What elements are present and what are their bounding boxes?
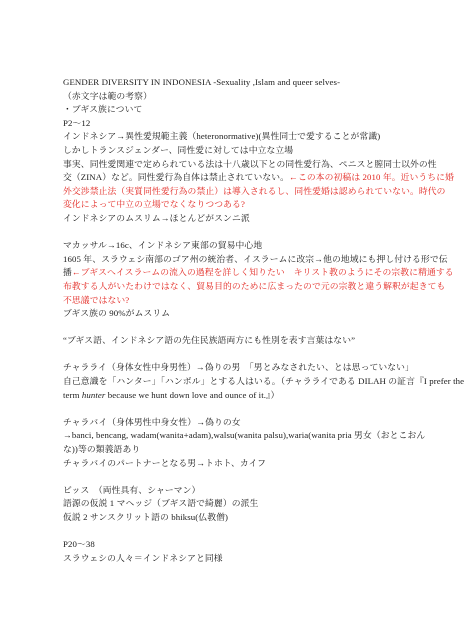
text-segment: チャラバイ（身体男性中身女性）→偽りの女 [63, 417, 241, 427]
text-segment: チャラライ（身体女性中身男性）→偽りの男 「男とみなされたい、とは思っていない」 [63, 362, 414, 372]
text-line: ブギス族の 90%がムスリム [63, 307, 426, 321]
text-line [63, 348, 426, 362]
text-segment: インドネシアのムスリム→ほとんどがスンニ派 [63, 213, 250, 223]
text-line: P20～38 [63, 538, 426, 552]
text-segment: because we hunt down love and ounce of i… [105, 390, 279, 400]
text-segment: 自己意識を「ハンター」「ハンボル」とする人はいる。（チャラライである DILAH… [63, 376, 464, 386]
text-segment: ←ブギスへイスラームの流入の過程を詳しく知りたい キリスト教のようにその宗教に精… [72, 267, 454, 277]
text-segment: 事実、同性愛関連で定められている法は十八歳以下との同性愛行為、ペニスと膣同士以外… [63, 159, 437, 169]
document-text-block: GENDER DIVERSITY IN INDONESIA -Sexuality… [63, 76, 426, 565]
text-line: term hunter because we hunt down love an… [63, 389, 426, 403]
text-segment: “ブギス語、インドネシア語の先住民族語両方にも性別を表す言葉はない” [63, 335, 355, 345]
text-line: P2～12 [63, 117, 426, 131]
text-segment: 交（ZINA）など。同性愛行為自体は禁止されていない。 [63, 172, 289, 182]
text-line: ・ブギス族について [63, 103, 426, 117]
text-line [63, 226, 426, 240]
text-segment: term [63, 390, 82, 400]
text-line [63, 525, 426, 539]
text-line [63, 402, 426, 416]
text-segment: P2～12 [63, 118, 90, 128]
text-segment: な))等の類義語あり [63, 444, 140, 454]
document-page: GENDER DIVERSITY IN INDONESIA -Sexuality… [0, 0, 474, 632]
text-segment: インドネシア→異性愛規範主義（heteronormative)(異性同士で愛する… [63, 131, 380, 141]
text-line: （赤文字は範の考察） [63, 90, 426, 104]
text-line: “ブギス語、インドネシア語の先住民族語両方にも性別を表す言葉はない” [63, 334, 426, 348]
text-segment: P20～38 [63, 539, 95, 549]
text-segment: ←この本の初稿は 2010 年。近いうちに婚 [289, 172, 454, 182]
text-segment: hunter [82, 390, 106, 400]
text-segment: 布教する人がいたわけではなく、貿易目的のために広まったので元の宗教と違う解釈が起… [63, 281, 445, 291]
text-segment: 不思議ではない? [63, 295, 129, 305]
text-segment: 語源の仮説 1 マヘッジ（ブギス語で綺麗）の派生 [63, 498, 258, 508]
text-line [63, 321, 426, 335]
text-line: 外交渉禁止法（実質同性愛行為の禁止）は導入されるし、同性愛婚は認められていない。… [63, 185, 426, 199]
text-line: 自己意識を「ハンター」「ハンボル」とする人はいる。（チャラライである DILAH… [63, 375, 426, 389]
text-segment: チャラバイのパートナーとなる男→トホト、カイフ [63, 458, 266, 468]
text-line: 播←ブギスへイスラームの流入の過程を詳しく知りたい キリスト教のようにその宗教に… [63, 266, 426, 280]
text-segment: GENDER DIVERSITY IN INDONESIA -Sexuality… [63, 77, 340, 87]
text-segment: 外交渉禁止法（実質同性愛行為の禁止）は導入されるし、同性愛婚は認められていない。… [63, 186, 446, 196]
text-segment: 播 [63, 267, 72, 277]
text-segment: 1605 年、スラウェシ南部のゴア州の統治者、イスラームに改宗→他の地域にも押し… [63, 254, 448, 264]
text-line: チャラバイのパートナーとなる男→トホト、カイフ [63, 457, 426, 471]
text-line: 事実、同性愛関連で定められている法は十八歳以下との同性愛行為、ペニスと膣同士以外… [63, 158, 426, 172]
text-segment: しかしトランスジェンダー、同性愛に対しては中立な立場 [63, 145, 293, 155]
text-line: チャラライ（身体女性中身男性）→偽りの男 「男とみなされたい、とは思っていない」 [63, 361, 426, 375]
text-line: マカッサル→16c、インドネシア東部の貿易中心地 [63, 239, 426, 253]
text-line: 仮説 2 サンスクリット語の bhiksu(仏教僧) [63, 511, 426, 525]
text-segment: ・ブギス族について [63, 104, 142, 114]
text-line: 交（ZINA）など。同性愛行為自体は禁止されていない。←この本の初稿は 2010… [63, 171, 426, 185]
text-line: スラウェシの人々＝インドネシアと同様 [63, 552, 426, 566]
text-line: 語源の仮説 1 マヘッジ（ブギス語で綺麗）の派生 [63, 497, 426, 511]
text-line: 布教する人がいたわけではなく、貿易目的のために広まったので元の宗教と違う解釈が起… [63, 280, 426, 294]
text-line: ビッス （両性具有、シャーマン） [63, 484, 426, 498]
text-line: しかしトランスジェンダー、同性愛に対しては中立な立場 [63, 144, 426, 158]
text-segment: ビッス （両性具有、シャーマン） [63, 485, 200, 495]
text-line: 不思議ではない? [63, 294, 426, 308]
text-line: →banci, bencang, wadam(wanita+adam),wals… [63, 429, 426, 443]
text-segment: →banci, bencang, wadam(wanita+adam),wals… [63, 430, 425, 440]
text-line [63, 470, 426, 484]
document-title-line: GENDER DIVERSITY IN INDONESIA -Sexuality… [63, 76, 426, 90]
text-segment: ブギス族の 90%がムスリム [63, 308, 170, 318]
text-segment: スラウェシの人々＝インドネシアと同様 [63, 553, 223, 563]
text-segment: マカッサル→16c、インドネシア東部の貿易中心地 [63, 240, 262, 250]
text-line: インドネシアのムスリム→ほとんどがスンニ派 [63, 212, 426, 226]
text-segment: （赤文字は範の考察） [63, 91, 152, 101]
text-segment: 変化によって中立の立場でなくなりつつある? [63, 199, 245, 209]
text-line: 1605 年、スラウェシ南部のゴア州の統治者、イスラームに改宗→他の地域にも押し… [63, 253, 426, 267]
text-line: インドネシア→異性愛規範主義（heteronormative)(異性同士で愛する… [63, 130, 426, 144]
text-line: チャラバイ（身体男性中身女性）→偽りの女 [63, 416, 426, 430]
text-line: な))等の類義語あり [63, 443, 426, 457]
text-line: 変化によって中立の立場でなくなりつつある? [63, 198, 426, 212]
text-segment: 仮説 2 サンスクリット語の bhiksu(仏教僧) [63, 512, 228, 522]
